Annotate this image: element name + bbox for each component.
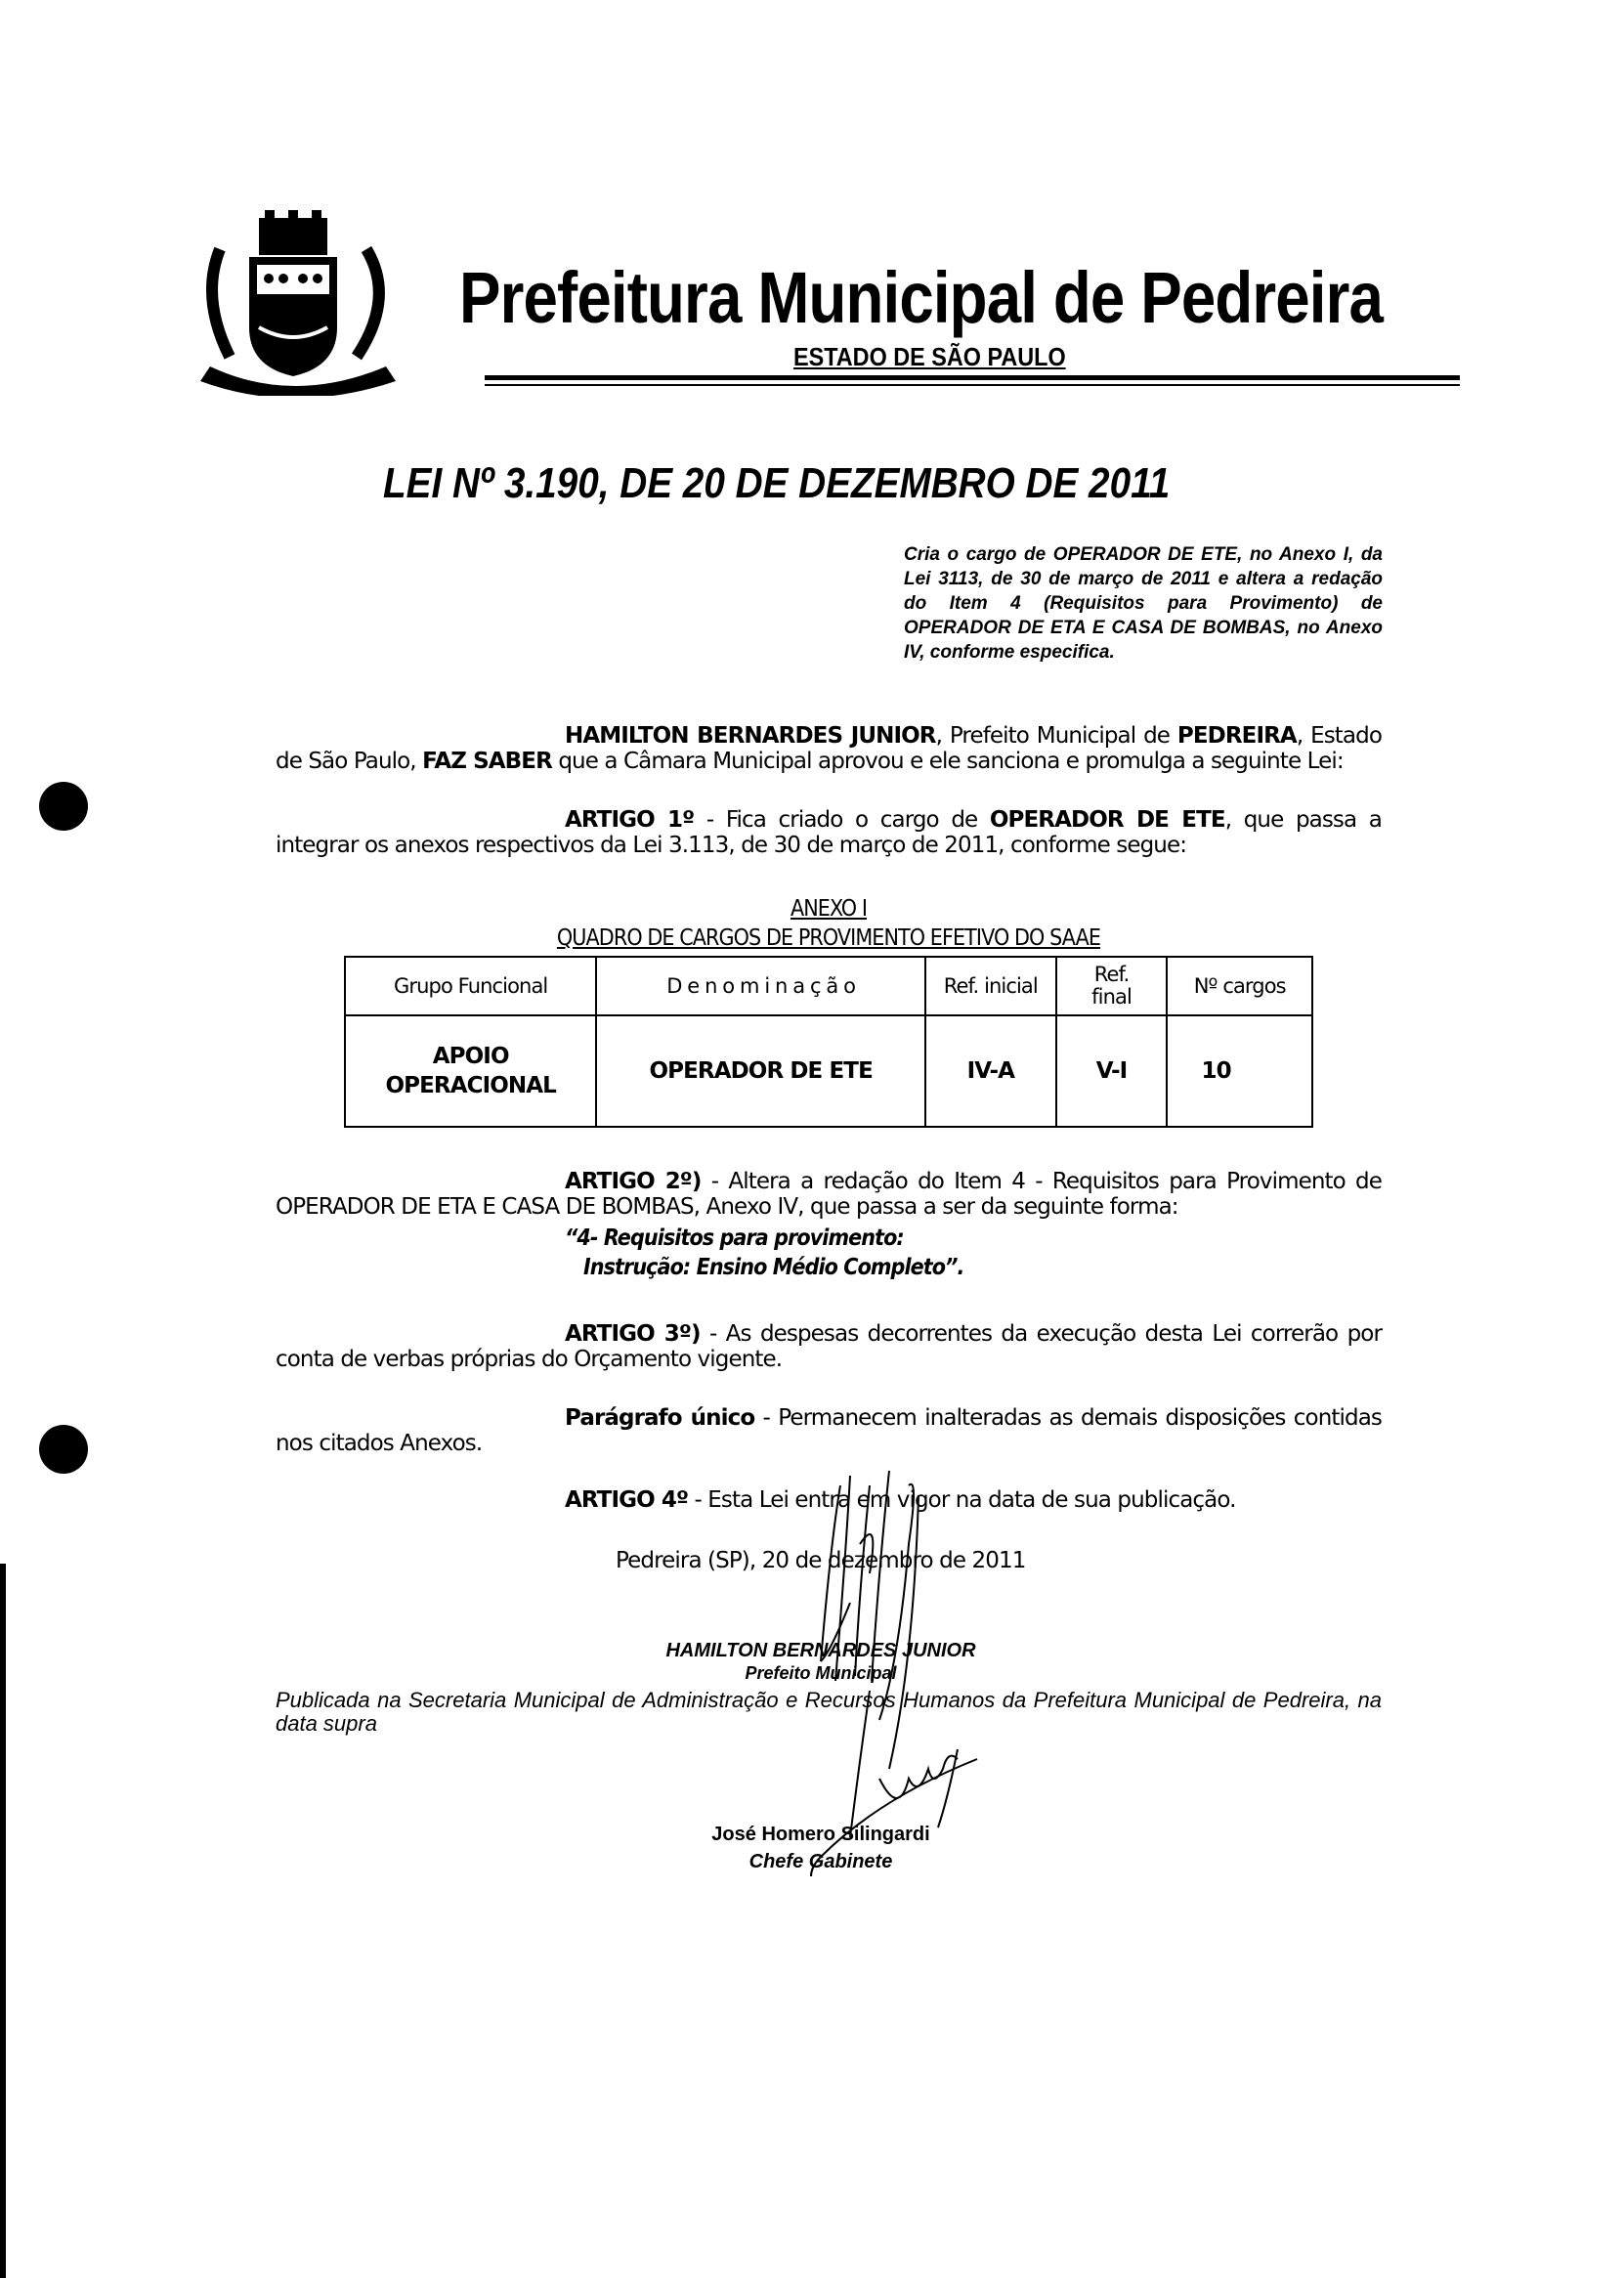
table-cell: OPERADOR DE ETE <box>596 1015 925 1127</box>
table-cell: IV-A <box>925 1015 1056 1127</box>
city-name: PEDREIRA <box>1177 723 1297 749</box>
column-header: D e n o m i n a ç ã o <box>596 957 925 1015</box>
article-label: ARTIGO 1º <box>565 807 694 833</box>
table-row: APOIO OPERACIONAL OPERADOR DE ETE IV-A V… <box>345 1015 1312 1127</box>
municipal-coat-of-arms-icon <box>200 210 406 396</box>
signatory-role: Chefe Gabinete <box>616 1851 1026 1873</box>
anexo-subtitle: QUADRO DE CARGOS DE PROVIMENTO EFETIVO D… <box>276 924 1382 952</box>
column-header: Ref. inicial <box>925 957 1056 1015</box>
signatory-name: José Homero Silingardi <box>616 1824 1026 1846</box>
article-text: - Fica criado o cargo de <box>694 807 990 833</box>
scan-hole-mark <box>39 1425 88 1474</box>
paragrafo-unico: Parágrafo único - Permanecem inalteradas… <box>276 1405 1382 1456</box>
signatory-role: Prefeito Municipal <box>616 1663 1026 1684</box>
paragraph-text: - Permanecem inalteradas as demais dispo… <box>276 1405 1382 1456</box>
article-label: ARTIGO 2º) <box>565 1169 702 1194</box>
table-cell: APOIO OPERACIONAL <box>345 1015 596 1127</box>
column-header: Ref. final <box>1056 957 1168 1015</box>
artigo-3: ARTIGO 3º) - As despesas decorrentes da … <box>276 1321 1382 1372</box>
table-cell: 10 <box>1167 1015 1312 1127</box>
paragraph-label: Parágrafo único <box>565 1405 754 1431</box>
faz-saber: FAZ SABER <box>422 749 552 774</box>
article-label: ARTIGO 3º) <box>565 1321 701 1347</box>
preamble-text: que a Câmara Municipal aprovou e ele san… <box>552 749 1344 774</box>
article-text: - As despesas decorrentes da execução de… <box>276 1321 1382 1372</box>
signatory-name: HAMILTON BERNARDES JUNIOR <box>616 1640 1026 1662</box>
requisitos-quote-line1: “4- Requisitos para provimento: <box>565 1225 904 1251</box>
scan-hole-mark <box>39 782 88 831</box>
artigo-2: ARTIGO 2º) - Altera a redação do Item 4 … <box>276 1169 1382 1220</box>
article-text: - Altera a redação do Item 4 - Requisito… <box>276 1169 1382 1220</box>
cargo-name: OPERADOR DE ETE <box>990 807 1225 833</box>
quadro-cargos-table: Grupo Funcional D e n o m i n a ç ã o Re… <box>344 956 1313 1128</box>
header-subtitle: ESTADO DE SÃO PAULO <box>793 342 1066 372</box>
preamble: HAMILTON BERNARDES JUNIOR, Prefeito Muni… <box>276 723 1382 774</box>
header-title: Prefeitura Municipal de Pedreira <box>459 256 1383 339</box>
ementa: Cria o cargo de OPERADOR DE ETE, no Anex… <box>904 542 1383 665</box>
column-header: Nº cargos <box>1167 957 1312 1015</box>
header-rule <box>485 384 1460 386</box>
column-header: Grupo Funcional <box>345 957 596 1015</box>
publication-note: Publicada na Secretaria Municipal de Adm… <box>276 1689 1382 1736</box>
anexo-title: ANEXO I <box>276 895 1382 923</box>
preamble-text: , Prefeito Municipal de <box>936 723 1177 749</box>
artigo-1: ARTIGO 1º - Fica criado o cargo de OPERA… <box>276 807 1382 858</box>
header-rule <box>485 375 1460 380</box>
law-title: LEI Nº 3.190, DE 20 DE DEZEMBRO DE 2011 <box>383 459 1170 508</box>
article-label: ARTIGO 4º <box>565 1487 688 1513</box>
requisitos-quote-line2: Instrução: Ensino Médio Completo”. <box>583 1255 964 1280</box>
scan-edge-shadow <box>0 1564 6 2278</box>
mayor-name: HAMILTON BERNARDES JUNIOR <box>565 723 936 749</box>
table-header-row: Grupo Funcional D e n o m i n a ç ã o Re… <box>345 957 1312 1015</box>
table-cell: V-I <box>1056 1015 1168 1127</box>
